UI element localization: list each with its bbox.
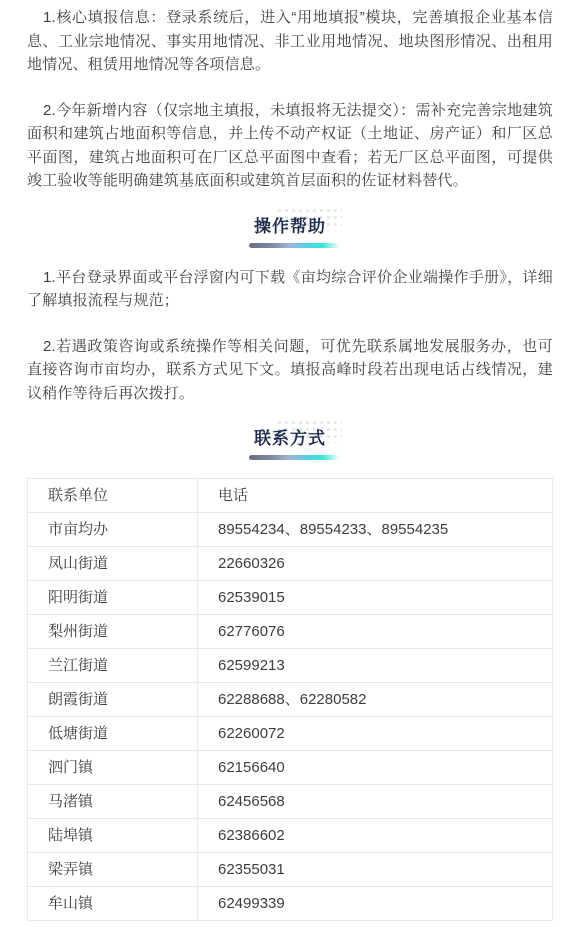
cell-unit-name: 阳明街道 <box>28 581 198 615</box>
table-row: 梨州街道62776076 <box>28 615 553 649</box>
cell-phone-number: 62355031 <box>198 853 553 887</box>
cell-phone-number: 62539015 <box>198 581 553 615</box>
cell-unit-name: 低塘街道 <box>28 717 198 751</box>
contact-table-body: 市亩均办89554234、89554233、89554235凤山街道226603… <box>28 513 553 921</box>
cell-unit-name: 兰江街道 <box>28 649 198 683</box>
table-row: 市亩均办89554234、89554233、89554235 <box>28 513 553 547</box>
cell-phone-number: 62499339 <box>198 887 553 921</box>
table-row: 兰江街道62599213 <box>28 649 553 683</box>
cell-phone-number: 22660326 <box>198 547 553 581</box>
cell-phone-number: 62156640 <box>198 751 553 785</box>
table-row: 梁弄镇62355031 <box>28 853 553 887</box>
cell-unit-name: 朗霞街道 <box>28 683 198 717</box>
gradient-underline <box>249 455 339 460</box>
table-row: 阳明街道62539015 <box>28 581 553 615</box>
cell-phone-number: 62386602 <box>198 819 553 853</box>
table-row: 泗门镇62156640 <box>28 751 553 785</box>
help-paragraph-1: 1.平台登录界面或平台浮窗内可下载《亩均综合评价企业端操作手册》，详细了解填报流… <box>27 266 553 313</box>
contact-table: 联系单位 电话 市亩均办89554234、89554233、89554235凤山… <box>27 478 553 921</box>
cell-phone-number: 62260072 <box>198 717 553 751</box>
table-row: 马渚镇62456568 <box>28 785 553 819</box>
cell-unit-name: 马渚镇 <box>28 785 198 819</box>
help-paragraph-2: 2.若遇政策咨询或系统操作等相关问题，可优先联系属地发展服务办，也可直接咨询市亩… <box>27 335 553 406</box>
column-header-unit: 联系单位 <box>28 479 198 513</box>
article-page: 1.核心填报信息：登录系统后，进入“用地填报”模块，完善填报企业基本信息、工业宗… <box>0 0 580 927</box>
cell-unit-name: 梨州街道 <box>28 615 198 649</box>
gradient-underline <box>249 243 339 248</box>
table-row: 陆埠镇62386602 <box>28 819 553 853</box>
cell-phone-number: 62599213 <box>198 649 553 683</box>
table-row: 低塘街道62260072 <box>28 717 553 751</box>
cell-unit-name: 市亩均办 <box>28 513 198 547</box>
column-header-phone: 电话 <box>198 479 553 513</box>
cell-phone-number: 62456568 <box>198 785 553 819</box>
table-row: 凤山街道22660326 <box>28 547 553 581</box>
intro-paragraph-2: 2.今年新增内容（仅宗地主填报，未填报将无法提交）：需补充完善宗地建筑面积和建筑… <box>27 99 553 193</box>
cell-phone-number: 89554234、89554233、89554235 <box>198 513 553 547</box>
table-row: 朗霞街道62288688、62280582 <box>28 683 553 717</box>
cell-unit-name: 凤山街道 <box>28 547 198 581</box>
cell-unit-name: 陆埠镇 <box>28 819 198 853</box>
section-header-contact: 联系方式 <box>27 427 553 460</box>
section-title-help: 操作帮助 <box>254 215 326 239</box>
section-title-contact: 联系方式 <box>254 427 326 451</box>
cell-phone-number: 62776076 <box>198 615 553 649</box>
table-row: 牟山镇62499339 <box>28 887 553 921</box>
cell-unit-name: 泗门镇 <box>28 751 198 785</box>
cell-phone-number: 62288688、62280582 <box>198 683 553 717</box>
cell-unit-name: 梁弄镇 <box>28 853 198 887</box>
cell-unit-name: 牟山镇 <box>28 887 198 921</box>
section-header-help: 操作帮助 <box>27 215 553 248</box>
intro-paragraph-1: 1.核心填报信息：登录系统后，进入“用地填报”模块，完善填报企业基本信息、工业宗… <box>27 6 553 77</box>
table-header-row: 联系单位 电话 <box>28 479 553 513</box>
